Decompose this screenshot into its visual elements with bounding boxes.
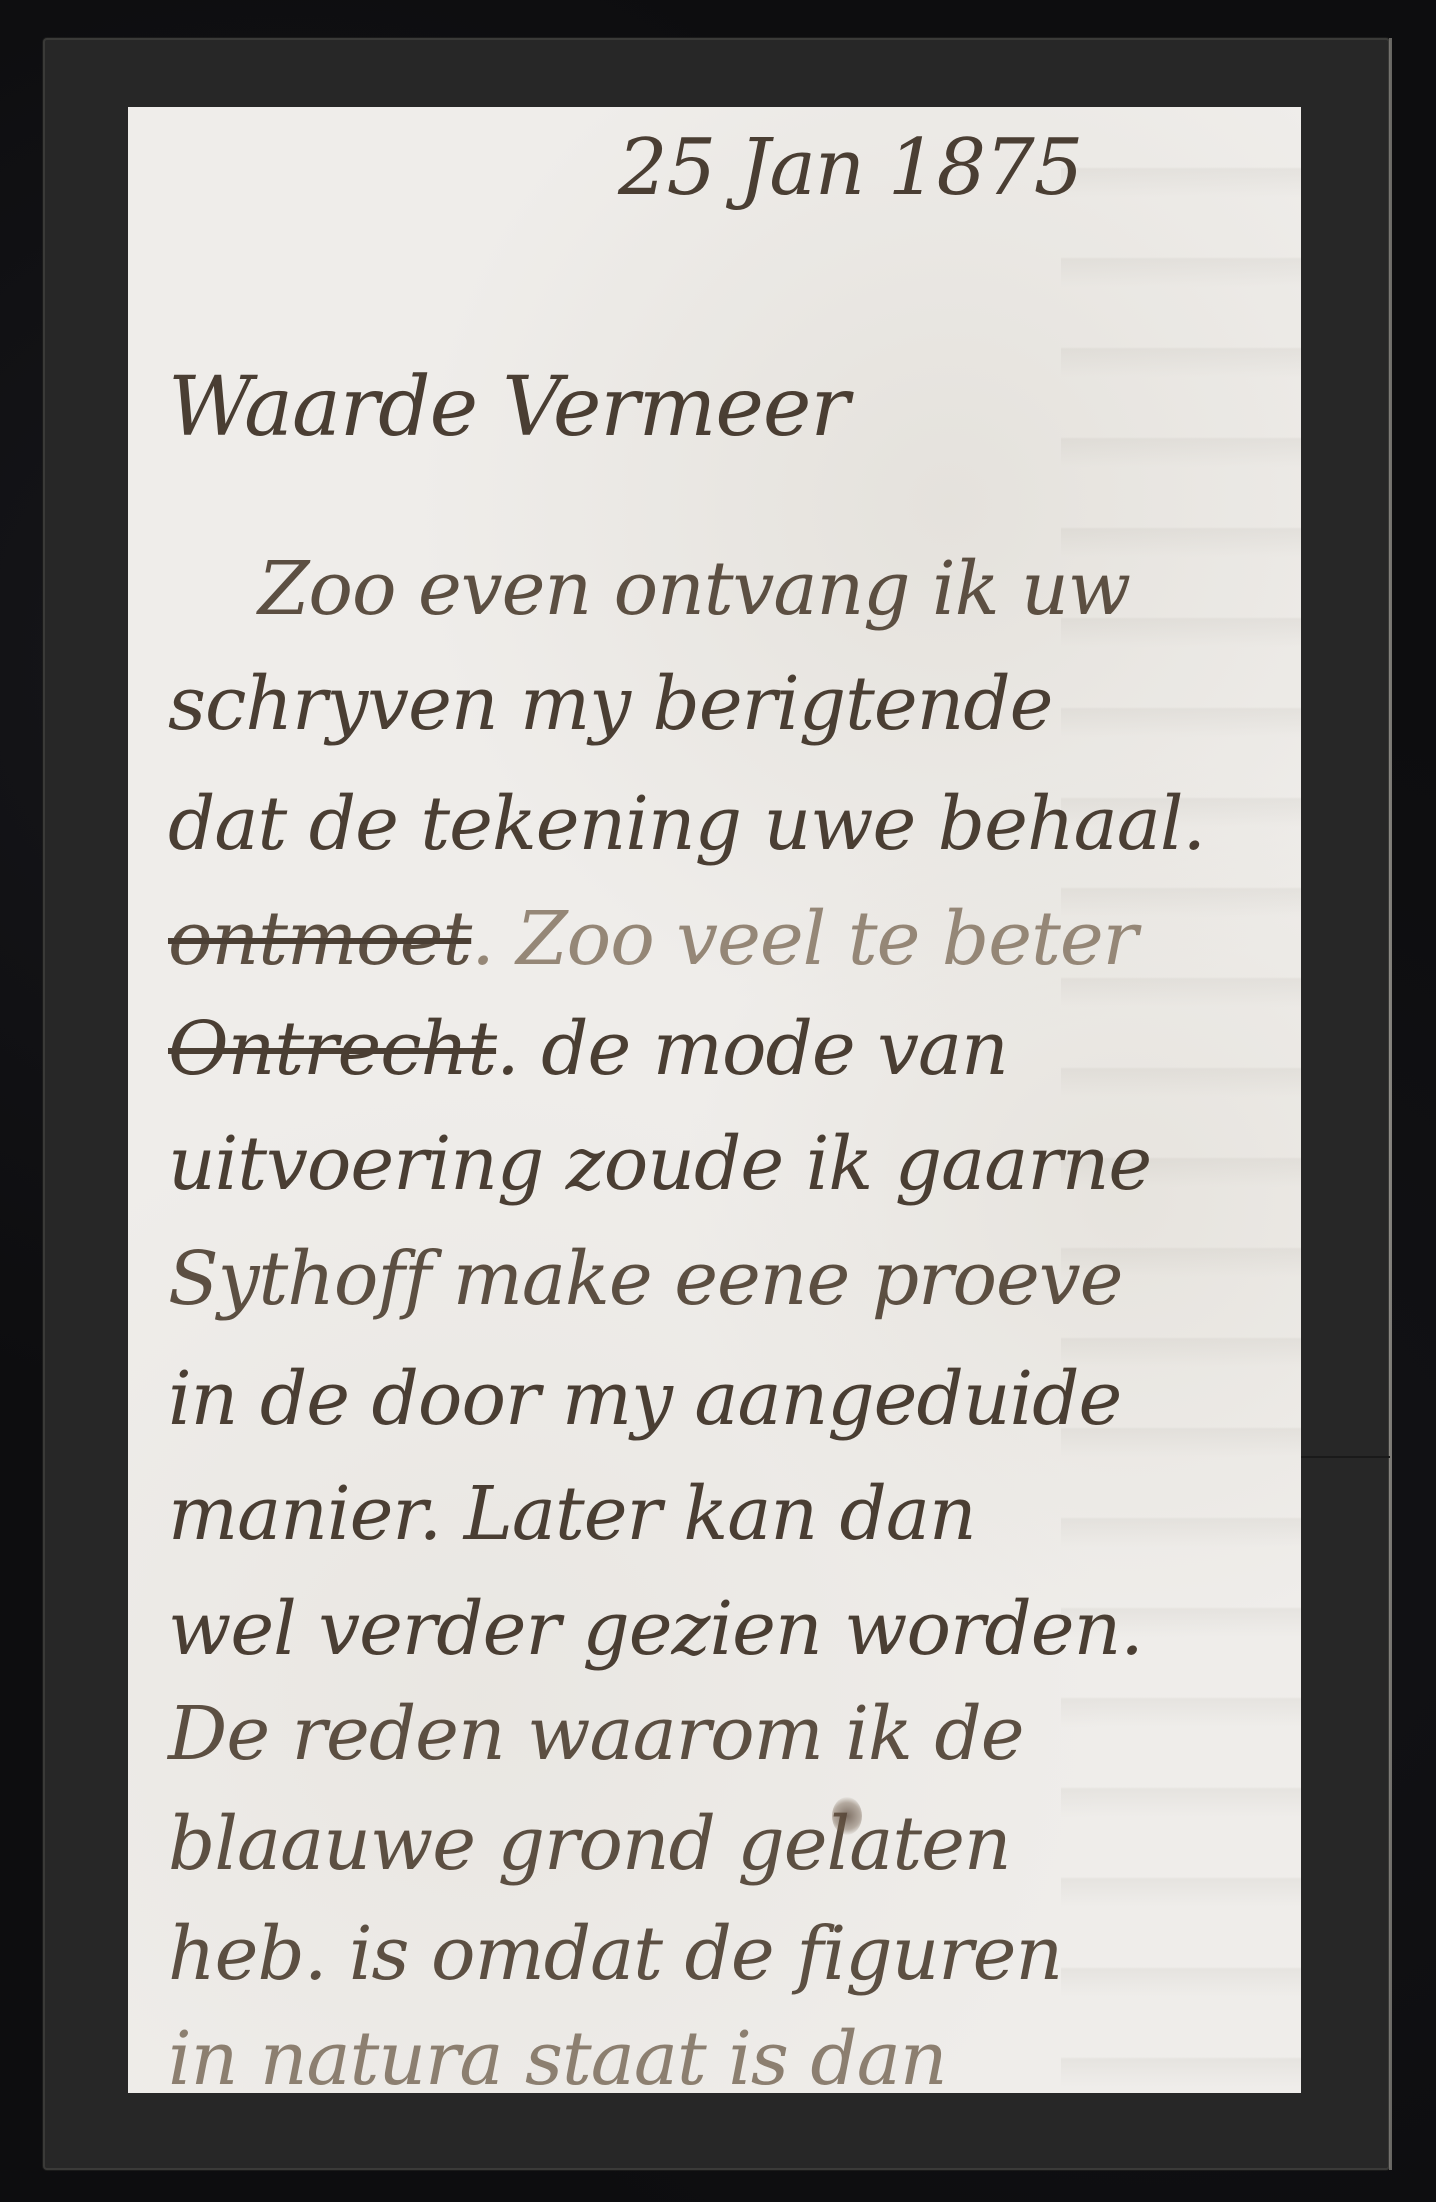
ink-blot (832, 1797, 862, 1835)
letter-paper: 25 Jan 1875 Waarde Vermeer Zoo even ontv… (128, 107, 1301, 2093)
line-text: . Zoo veel te beter (471, 896, 1137, 982)
struck-word: Ontrecht (168, 1006, 496, 1092)
letter-line-7: Sythoff make eene proeve (168, 1242, 1122, 1316)
letter-line-11: De reden waarom ik de (168, 1697, 1024, 1771)
struck-word: ontmoet (168, 896, 471, 982)
letter-line-5: Ontrecht. de mode van (168, 1012, 1008, 1086)
letter-date: 25 Jan 1875 (618, 129, 1082, 207)
letter-line-10: wel verder gezien worden. (168, 1592, 1143, 1666)
letter-line-6: uitvoering zoude ik gaarne (168, 1127, 1151, 1201)
letter-line-2: schryven my berigtende (168, 667, 1052, 741)
card-edge (1389, 38, 1392, 2170)
letter-line-3: dat de tekening uwe behaal. (168, 787, 1205, 861)
letter-line-8: in de door my aangeduide (168, 1362, 1121, 1436)
letter-line-4: ontmoet. Zoo veel te beter (168, 902, 1137, 976)
letter-line-12: blaauwe grond gelaten (168, 1807, 1011, 1881)
card-fold-line (1300, 1456, 1390, 1458)
letter-line-14: in natura staat is dan (168, 2022, 947, 2093)
reverse-side-bleed-through (1061, 107, 1301, 2093)
letter-salutation: Waarde Vermeer (168, 367, 849, 449)
letter-line-1: Zoo even ontvang ik uw (258, 552, 1130, 626)
letter-line-13: heb. is omdat de figuren (168, 1917, 1062, 1991)
line-text: . de mode van (496, 1006, 1008, 1092)
letter-line-9: manier. Later kan dan (168, 1477, 976, 1551)
